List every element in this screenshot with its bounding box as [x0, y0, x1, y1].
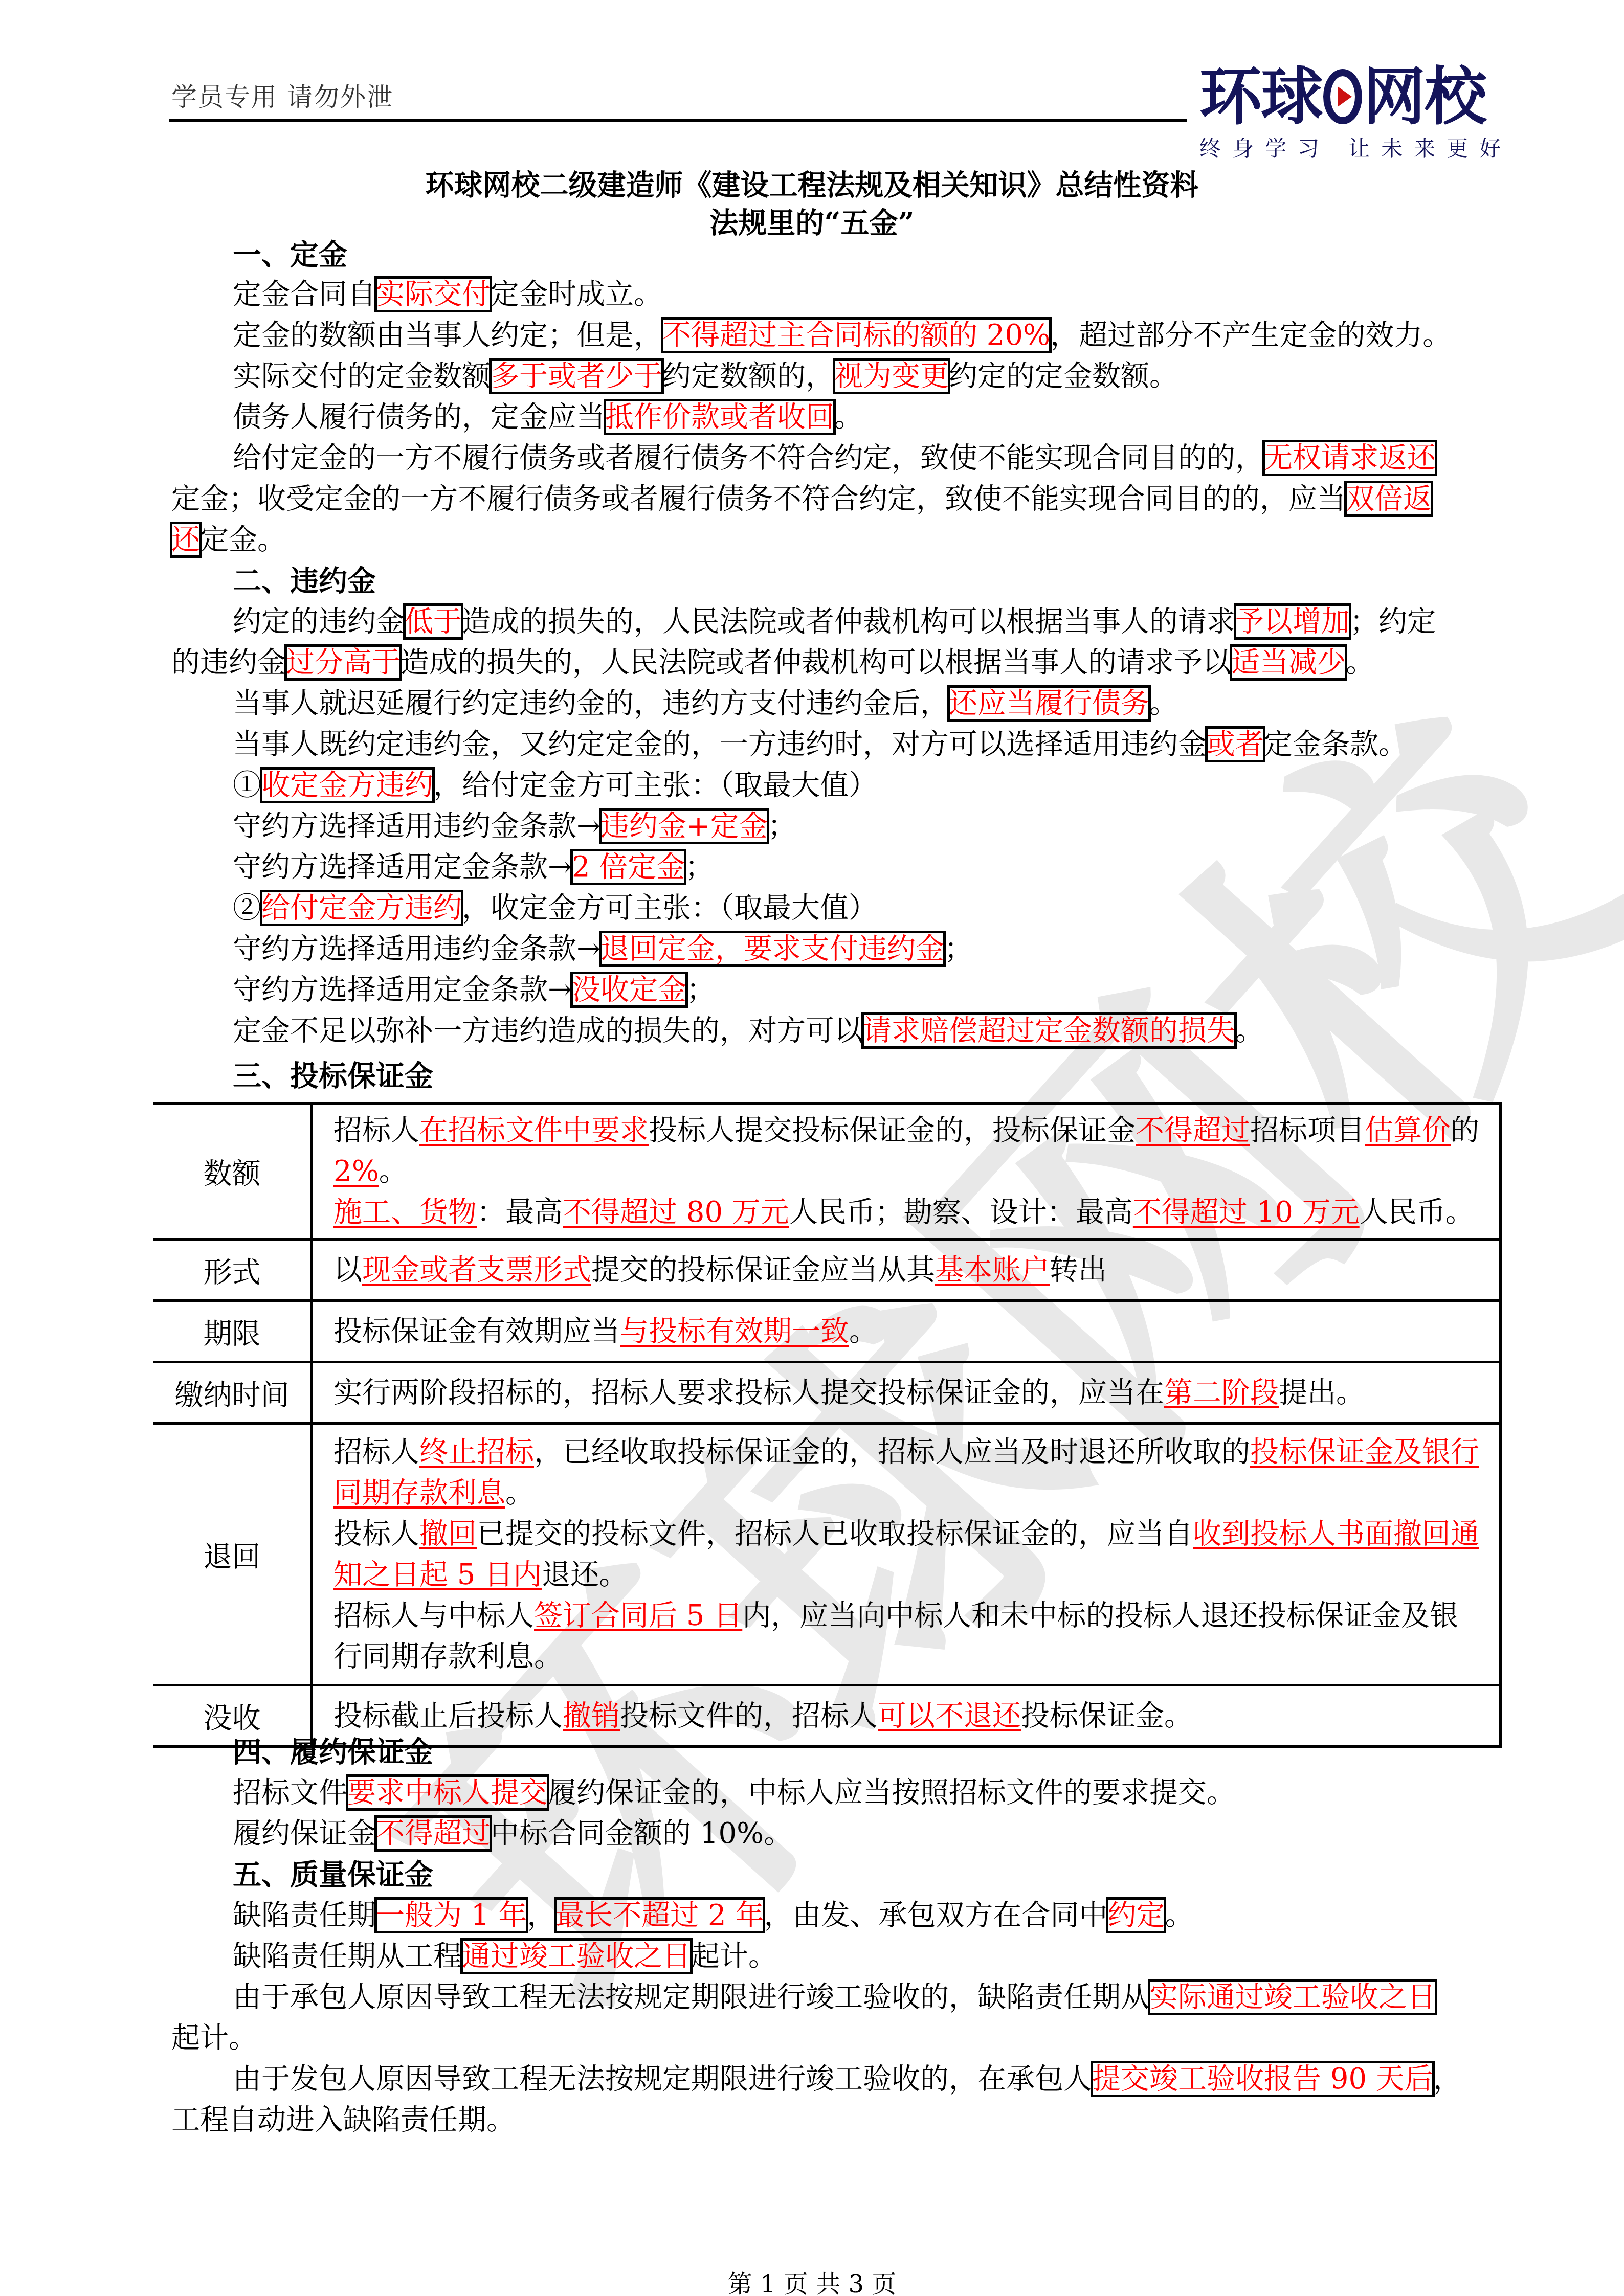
row-label: 形式: [153, 1240, 312, 1301]
section-heading: 四、履约保证金: [233, 1731, 433, 1772]
text: 提交的投标保证金应当从其: [591, 1253, 935, 1287]
document-title: 环球网校二级建造师《建设工程法规及相关知识》总结性资料: [0, 163, 1624, 204]
text: 定金。: [200, 523, 286, 556]
key-point: 与投标有效期一致: [620, 1315, 849, 1348]
paragraph: 债务人履行债务的，定金应当抵作价款或者收回。: [233, 397, 863, 438]
key-point: 视为变更: [834, 359, 949, 393]
paragraph: 缺陷责任期从工程通过竣工验收之日起计。: [233, 1936, 777, 1977]
text: 实行两阶段招标的，招标人要求投标人提交投标保证金的，应当在: [333, 1376, 1164, 1409]
bid-bond-table: 数额 招标人在招标文件中要求投标人提交投标保证金的，投标保证金不得超过招标项目估…: [153, 1102, 1502, 1748]
key-point: 不得超过: [376, 1817, 491, 1850]
key-point: 不得超过 80 万元: [563, 1196, 789, 1229]
text: 约定的定金数额。: [949, 359, 1178, 393]
text: 人民币；勘察、设计：最高: [789, 1196, 1133, 1229]
text: 守约方选择适用定金条款→: [233, 973, 572, 1006]
row-label: 退回: [153, 1424, 312, 1685]
paragraph-cont: 工程自动进入缺陷责任期。: [171, 2100, 515, 2141]
text: ，给付定金方可主张：（取最大值）: [433, 769, 877, 802]
text: 给付定金的一方不履行债务或者履行债务不符合约定，致使不能实现合同目的的，: [233, 441, 1264, 475]
key-point: 实际通过竣工验收之日: [1149, 1980, 1436, 2014]
key-point: 予以增加: [1235, 605, 1350, 638]
case-one: ①收定金方违约，给付定金方可主张：（取最大值）: [233, 765, 877, 806]
text: 定金；收受定金的一方不履行债务或者履行债务不符合约定，致使不能实现合同目的的，应…: [171, 482, 1346, 515]
table-row: 退回 招标人终止招标，已经收取投标保证金的，招标人应当及时退还所收取的投标保证金…: [153, 1424, 1501, 1685]
paragraph: 由于发包人原因导致工程无法按规定期限进行竣工验收的，在承包人提交竣工验收报告 9…: [233, 2059, 1462, 2100]
paragraph: 定金的数额由当事人约定；但是，不得超过主合同标的额的 20%，超过部分不产生定金…: [233, 315, 1451, 356]
paragraph-cont: 的违约金过分高于造成的损失的，人民法院或者仲裁机构可以根据当事人的请求予以适当减…: [171, 642, 1374, 683]
row-content: 招标人在招标文件中要求投标人提交投标保证金的，投标保证金不得超过招标项目估算价的…: [312, 1104, 1501, 1240]
text: 履约保证金: [233, 1817, 376, 1850]
text: 退还。: [542, 1558, 628, 1591]
paragraph: 由于承包人原因导致工程无法按规定期限进行竣工验收的，缺陷责任期从实际通过竣工验收…: [233, 1977, 1436, 2018]
key-point: 没收定金: [572, 973, 686, 1006]
paragraph: 缺陷责任期一般为 1 年，最长不超过 2 年，由发、承包双方在合同中约定。: [233, 1895, 1193, 1936]
text: ，超过部分不产生定金的效力。: [1050, 319, 1451, 352]
key-point: 撤回: [419, 1517, 477, 1550]
text: ，: [527, 1899, 555, 1932]
key-point: 实际交付: [376, 278, 491, 311]
text: 中标合同金额的 10%。: [491, 1817, 792, 1850]
row-content: 投标截止后投标人撤销投标文件的，招标人可以不退还投标保证金。: [312, 1685, 1501, 1747]
paragraph: 当事人就迟延履行约定违约金的，违约方支付违约金后，还应当履行债务。: [233, 683, 1178, 724]
key-point: 签订合同后 5 日: [534, 1599, 742, 1632]
paragraph-cont: 还定金。: [171, 520, 286, 560]
key-point: 施工、货物: [333, 1196, 477, 1229]
key-point: 2 倍定金: [572, 850, 685, 884]
text: 招标人: [333, 1114, 419, 1147]
text: 。: [1346, 646, 1374, 679]
row-content: 招标人终止招标，已经收取投标保证金的，招标人应当及时退还所收取的投标保证金及银行…: [312, 1424, 1501, 1685]
table-row: 数额 招标人在招标文件中要求投标人提交投标保证金的，投标保证金不得超过招标项目估…: [153, 1104, 1501, 1240]
case-two: ②给付定金方违约，收定金方可主张：（取最大值）: [233, 888, 877, 929]
case-one-option: 守约方选择适用违约金条款→违约金+定金；: [233, 806, 796, 847]
paragraph: 定金合同自实际交付定金时成立。: [233, 274, 662, 315]
text: 守约方选择适用违约金条款→: [233, 809, 600, 843]
text: ，收定金方可主张：（取最大值）: [462, 891, 877, 925]
text: 的: [1451, 1114, 1479, 1147]
text: 。: [379, 1155, 408, 1188]
text: 由于承包人原因导致工程无法按规定期限进行竣工验收的，缺陷责任期从: [233, 1980, 1149, 2014]
key-point: 基本账户: [935, 1253, 1050, 1287]
confidential-note: 学员专用 请勿外泄: [171, 77, 393, 114]
text: 的违约金: [171, 646, 286, 679]
case-two-option: 守约方选择适用定金条款→没收定金；: [233, 970, 715, 1010]
case-one-option: 守约方选择适用定金条款→2 倍定金；: [233, 847, 714, 888]
header-rule: [169, 119, 1187, 122]
document-page: 学员专用 请勿外泄 环球 网校 终身学习 让未来更好 环球网校 环球网校二级建造…: [0, 0, 1624, 2296]
text: 已提交的投标文件，招标人已收取投标保证金的，应当自: [477, 1517, 1193, 1550]
key-point: 还应当履行债务: [949, 687, 1149, 720]
paragraph: 履约保证金不得超过中标合同金额的 10%。: [233, 1813, 792, 1854]
key-point: 无权请求返还: [1264, 441, 1436, 475]
text: 定金条款。: [1264, 728, 1407, 761]
text: 实际交付的定金数额: [233, 359, 491, 393]
key-point: 收定金方违约: [261, 769, 433, 802]
text: 缺陷责任期: [233, 1899, 376, 1932]
text: 投标保证金有效期应当: [333, 1315, 620, 1348]
text: 招标人与中标人: [333, 1599, 534, 1632]
key-point: 过分高于: [286, 646, 401, 679]
key-point: 要求中标人提交: [347, 1776, 548, 1809]
text: ；约定: [1350, 605, 1436, 638]
section-heading: 三、投标保证金: [233, 1055, 433, 1096]
text: ②: [233, 891, 261, 925]
row-content: 以现金或者支票形式提交的投标保证金应当从其基本账户转出: [312, 1240, 1501, 1301]
text: 定金合同自: [233, 278, 376, 311]
key-point: 现金或者支票形式: [362, 1253, 591, 1287]
text: 起计。: [691, 1940, 777, 1973]
text: 。: [1235, 1014, 1264, 1047]
text: 履约保证金的，中标人应当按照招标文件的要求提交。: [548, 1776, 1235, 1809]
text: 投标保证金。: [1021, 1699, 1193, 1732]
text: 。: [834, 400, 863, 434]
text: 约定的违约金: [233, 605, 405, 638]
row-content: 投标保证金有效期应当与投标有效期一致。: [312, 1301, 1501, 1362]
section-heading: 二、违约金: [233, 560, 376, 601]
text: 投标文件的，招标人: [620, 1699, 878, 1732]
logo-tagline: 终身学习 让未来更好: [1199, 132, 1486, 163]
paragraph: 定金不足以弥补一方违约造成的损失的，对方可以请求赔偿超过定金数额的损失。: [233, 1010, 1264, 1051]
paragraph: 约定的违约金低于造成的损失的，人民法院或者仲裁机构可以根据当事人的请求予以增加；…: [233, 601, 1436, 642]
text: 招标人: [333, 1435, 419, 1469]
key-point: 撤销: [563, 1699, 620, 1732]
text: ；: [686, 973, 715, 1006]
key-point: 适当减少: [1231, 646, 1346, 679]
text: ；: [768, 809, 796, 843]
table-row: 形式 以现金或者支票形式提交的投标保证金应当从其基本账户转出: [153, 1240, 1501, 1301]
text: 当事人就迟延履行约定违约金的，违约方支付违约金后，: [233, 687, 949, 720]
key-point: 通过竣工验收之日: [462, 1940, 691, 1973]
text: 。: [849, 1315, 878, 1348]
text: ①: [233, 769, 261, 802]
brand-logo: 环球 网校 终身学习 让未来更好: [1199, 65, 1486, 163]
text: 定金的数额由当事人约定；但是，: [233, 319, 662, 352]
key-point: 双倍返: [1346, 482, 1432, 515]
key-point: 一般为 1 年: [376, 1899, 527, 1932]
key-point: 违约金+定金: [600, 809, 768, 843]
paragraph: 当事人既约定违约金，又约定定金的，一方违约时，对方可以选择适用违约金或者定金条款…: [233, 724, 1407, 765]
section-heading: 一、定金: [233, 234, 347, 275]
key-point: 估算价: [1365, 1114, 1451, 1147]
text: 定金不足以弥补一方违约造成的损失的，对方可以: [233, 1014, 863, 1047]
key-point: 退回定金，要求支付违约金: [600, 932, 944, 965]
text: 以: [333, 1253, 362, 1287]
text: ，: [1433, 2062, 1462, 2096]
logo-text-left: 环球: [1199, 65, 1322, 128]
key-point: 抵作价款或者收回: [605, 400, 834, 434]
text: 守约方选择适用违约金条款→: [233, 932, 600, 965]
text: 债务人履行债务的，定金应当: [233, 400, 605, 434]
key-point: 不得超过主合同标的额的 20%: [662, 319, 1050, 352]
text: 缺陷责任期从工程: [233, 1940, 462, 1973]
text: ，由发、承包双方在合同中: [764, 1899, 1107, 1932]
text: 定金时成立。: [491, 278, 662, 311]
text: ：最高: [477, 1196, 563, 1229]
text: 提出。: [1279, 1376, 1365, 1409]
text: 投标截止后投标人: [333, 1699, 563, 1732]
page-number: 第 1 页 共 3 页: [0, 2264, 1624, 2296]
row-content: 实行两阶段招标的，招标人要求投标人提交投标保证金的，应当在第二阶段提出。: [312, 1362, 1501, 1424]
key-point: 可以不退还: [878, 1699, 1021, 1732]
key-point: 终止招标: [419, 1435, 534, 1469]
row-label: 期限: [153, 1301, 312, 1362]
key-point: 低于: [405, 605, 462, 638]
text: 当事人既约定违约金，又约定定金的，一方违约时，对方可以选择适用违约金: [233, 728, 1207, 761]
key-point: 不得超过 10 万元: [1133, 1196, 1360, 1229]
paragraph-cont: 起计。: [171, 2018, 257, 2059]
row-label: 数额: [153, 1104, 312, 1240]
key-point: 给付定金方违约: [261, 891, 462, 925]
text: 人民币。: [1360, 1196, 1474, 1229]
text: 由于发包人原因导致工程无法按规定期限进行竣工验收的，在承包人: [233, 2062, 1092, 2096]
key-point: 2%: [333, 1155, 379, 1188]
row-label: 缴纳时间: [153, 1362, 312, 1424]
text: 造成的损失的，人民法院或者仲裁机构可以根据当事人的请求予以: [401, 646, 1231, 679]
key-point: 还: [171, 523, 200, 556]
key-point: 最长不超过 2 年: [555, 1899, 764, 1932]
text: ；: [944, 932, 973, 965]
section-heading: 五、质量保证金: [233, 1854, 433, 1895]
key-point: 不得超过: [1136, 1114, 1250, 1147]
logo-text-right: 网校: [1363, 65, 1486, 128]
table-row: 期限 投标保证金有效期应当与投标有效期一致。: [153, 1301, 1501, 1362]
text: 守约方选择适用定金条款→: [233, 850, 572, 884]
play-icon: [1323, 69, 1362, 124]
text: 。: [505, 1476, 534, 1510]
text: 招标项目: [1250, 1114, 1365, 1147]
text: ；: [685, 850, 714, 884]
case-two-option: 守约方选择适用违约金条款→退回定金，要求支付违约金；: [233, 929, 973, 970]
text: 招标文件: [233, 1776, 347, 1809]
text: 造成的损失的，人民法院或者仲裁机构可以根据当事人的请求: [462, 605, 1235, 638]
text: 投标人提交投标保证金的，投标保证金: [649, 1114, 1136, 1147]
paragraph: 给付定金的一方不履行债务或者履行债务不符合约定，致使不能实现合同目的的，无权请求…: [233, 438, 1436, 479]
text: 。: [1165, 1899, 1193, 1932]
key-point: 多于或者少于: [491, 359, 662, 393]
paragraph: 招标文件要求中标人提交履约保证金的，中标人应当按照招标文件的要求提交。: [233, 1772, 1235, 1813]
key-point: 或者: [1207, 728, 1264, 761]
key-point: 第二阶段: [1164, 1376, 1279, 1409]
text: 转出: [1050, 1253, 1107, 1287]
table-row: 缴纳时间 实行两阶段招标的，招标人要求投标人提交投标保证金的，应当在第二阶段提出…: [153, 1362, 1501, 1424]
key-point: 约定: [1107, 1899, 1165, 1932]
text: 投标人: [333, 1517, 419, 1550]
paragraph-cont: 定金；收受定金的一方不履行债务或者履行债务不符合约定，致使不能实现合同目的的，应…: [171, 479, 1432, 520]
key-point: 在招标文件中要求: [419, 1114, 649, 1147]
text: 。: [1149, 687, 1178, 720]
text: ，已经收取投标保证金的，招标人应当及时退还所收取的: [534, 1435, 1250, 1469]
paragraph: 实际交付的定金数额多于或者少于约定数额的，视为变更约定的定金数额。: [233, 356, 1178, 397]
key-point: 提交竣工验收报告 90 天后: [1092, 2062, 1433, 2096]
text: 约定数额的，: [662, 359, 834, 393]
key-point: 请求赔偿超过定金数额的损失: [863, 1014, 1235, 1047]
